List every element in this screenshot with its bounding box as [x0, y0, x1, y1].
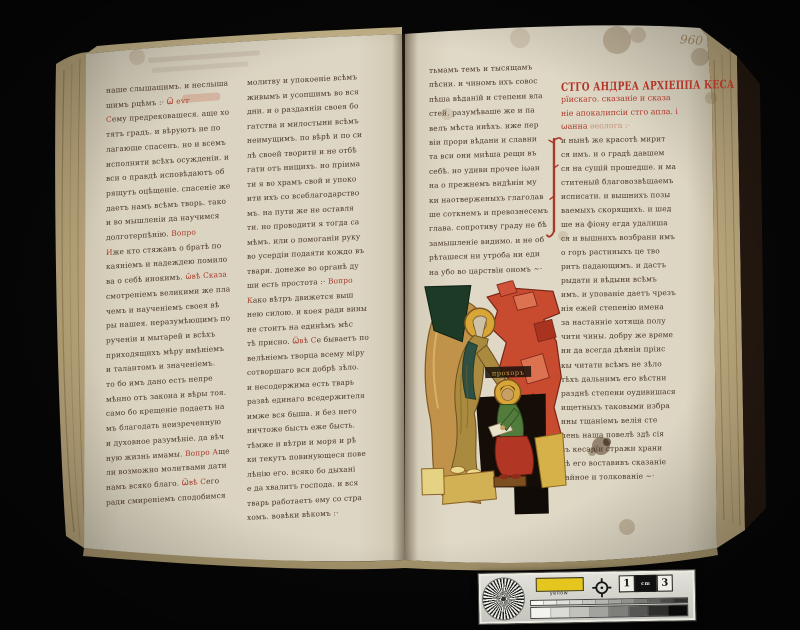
- grayscale-step: [590, 607, 610, 617]
- grayscale-step: [674, 598, 687, 602]
- ink-text-segment: замышленіе видимо. и не об: [429, 235, 544, 248]
- ink-text-segment: ако вѣтръ движется выш: [253, 290, 354, 304]
- ink-text-segment: глава. сопротиву граду не бѣ: [429, 220, 547, 233]
- ink-text-segment: ся на сущій прошедше. и ма: [561, 162, 676, 173]
- scale-unit-cm: cm: [635, 575, 657, 592]
- ink-text-segment: цѣ его воставивъ сказаніе: [561, 457, 666, 468]
- ink-text-segment: пѣсни. и чиномъ ихъ совос: [429, 77, 538, 90]
- grayscale-step: [557, 600, 570, 604]
- ink-text-segment: ститеный благовозвѣщаемъ: [561, 176, 674, 187]
- ink-text-segment: ся и вышнихъ возбрани имъ: [561, 232, 675, 243]
- ink-text-segment: сотворшаго вся добрѣ зѣло.: [247, 362, 359, 377]
- rubric-text-segment: ѿвѣ Сказа: [185, 270, 227, 282]
- grayscale-step: [661, 598, 674, 602]
- ink-text-segment: за настанніе хотяща полу: [561, 317, 666, 328]
- ink-text-segment: тѣ присно.: [247, 337, 292, 348]
- manuscript-text-line: ся и вышнихъ возбрани имъ: [561, 230, 694, 246]
- ink-text-segment: ки наотверженыхъ глаголав: [429, 192, 544, 205]
- rubric-text-segment: Вопро: [171, 228, 196, 239]
- ink-text-segment: чити чины. добру же време: [561, 330, 673, 341]
- ink-text-segment: его: [206, 476, 219, 486]
- ink-text-segment: ваемыхъ скорящихъ. и шед: [561, 204, 671, 215]
- grayscale-step: [622, 599, 635, 603]
- ink-text-segment: кы читати всѣмъ не зѣло: [561, 359, 662, 370]
- footstool: [494, 476, 526, 487]
- prochorus-face: [502, 388, 514, 400]
- red-rock-step: [534, 319, 557, 342]
- ink-text-segment: на о прежнемъ видѣніи му: [429, 177, 537, 190]
- ink-text-segment: себѣ. но удиви прочее іѡан: [429, 163, 540, 176]
- yellow-patch-label: yellow: [536, 590, 582, 597]
- ink-text-segment: ти. но проводити я тогда са: [247, 217, 359, 232]
- ink-text-segment: рѣташеся ни утроба ни еди: [429, 249, 540, 262]
- ink-text-segment: хомъ. вовѣки вѣкомъ :·: [247, 508, 339, 522]
- rubric-heading-line-3: ніе апокалипсіи стго апла. і: [561, 104, 694, 120]
- ink-text-segment: ити ихъ со всеблагодарство: [247, 188, 359, 203]
- manuscript-text-line: имъ. и упованіе даетъ чрезъ: [561, 286, 694, 302]
- ink-text-segment: шимъ рцѣмъ :·: [106, 97, 167, 110]
- ink-text-segment: та вси они мнѣша рещи въ: [429, 149, 537, 162]
- grayscale-step: [531, 608, 551, 618]
- grayscale-step: [531, 601, 544, 605]
- ink-text-segment: гати отъ нищихъ. но пріима: [247, 159, 360, 174]
- ink-text-segment: е да хвалитъ господа. и вся: [247, 478, 358, 493]
- ink-text-segment: ритъ падающимъ. и дастъ: [561, 260, 666, 271]
- grayscale-step: [596, 600, 609, 604]
- ink-text-segment: намъ всяко благо.: [106, 478, 182, 492]
- grayscale-step: [570, 607, 590, 617]
- ink-text-segment: неимущимъ. по вѣрѣ и по си: [247, 130, 362, 145]
- miniature-john-dictating-to-prochorus: прохоръ: [413, 279, 569, 533]
- ink-text-segment: на убо во царствіи ономъ ~·: [429, 264, 542, 277]
- ink-text-segment: ще: [218, 446, 230, 456]
- ink-text-segment: пѣша вѣданій и степени вла: [429, 91, 543, 104]
- calibration-card: yellow 1 cm 3: [478, 569, 697, 625]
- rubric-text-segment: Вопро А: [185, 447, 218, 458]
- manuscript-photo: наше слышащимъ. и неслышашимъ рцѣмъ :· Ѿ…: [0, 0, 800, 630]
- ink-text-segment: ни да всегда дѣяніи пріис: [561, 345, 665, 356]
- ink-text-segment: рыдати и вѣдыни всѣмъ: [561, 275, 657, 286]
- ink-text-segment: віи прори вѣдани и славни: [429, 134, 537, 147]
- prochorus-cloak: [495, 436, 534, 477]
- ink-text-segment: исписати. и вышнихъ позы: [561, 190, 670, 201]
- manuscript-text-line: разднѣ степени оудивишася: [561, 384, 694, 400]
- right-page-column-2-body: и нынѣ же красотѣ мирится имъ. и о градѣ…: [561, 131, 694, 484]
- grayscale-step: [648, 606, 668, 616]
- rubric-text-segment: Ѿвѣ С: [182, 477, 206, 487]
- grayscale-step: [629, 606, 649, 616]
- rubric-text-segment: Ѿвѣ С: [292, 335, 316, 345]
- ink-text-segment: долготерпѣнію.: [106, 229, 171, 242]
- side-stool: [422, 468, 445, 495]
- ink-text-segment: ше соткнемъ и превознесемъ: [429, 206, 548, 219]
- ornamental-drop-cap-initial: [546, 136, 562, 240]
- left-page-column-2: молитву и упокоеніе всѣмъживымъ и усопши…: [247, 69, 373, 525]
- grayscale-step: [668, 605, 688, 615]
- doorway: [514, 486, 549, 515]
- ink-text-segment: ва о себѣ инокимъ.: [106, 272, 185, 286]
- left-page-column-1: наше слышащимъ. и неслышашимъ рцѣмъ :· Ѿ…: [106, 76, 238, 510]
- crosshair-registration-icon: [592, 578, 612, 598]
- manuscript-text-line: ся на сущій прошедше. и ма: [561, 160, 694, 176]
- ink-text-segment: тайное и толкованіе ~·: [561, 471, 655, 482]
- john-foot: [451, 466, 465, 473]
- ink-text-segment: е бываетъ по: [317, 333, 369, 345]
- ink-text-segment: въ кесарїи стражи храни: [561, 443, 662, 454]
- grayscale-step: [609, 606, 629, 616]
- grayscale-step: [635, 599, 648, 603]
- ink-text-segment: и нынѣ же красотѣ мирит: [561, 134, 665, 145]
- ink-text-segment: ся имъ. и о градѣ давшем: [561, 148, 664, 159]
- grayscale-step: [648, 599, 661, 603]
- ink-text-segment: разднѣ степени оудивишася: [561, 387, 676, 398]
- scale-number-1: 1: [619, 575, 635, 592]
- ink-text-segment: ничтоже бысть еже бысть.: [247, 420, 355, 435]
- ink-text-segment: имъ. и упованіе даетъ чрезъ: [561, 288, 676, 299]
- prochorus-inscription: прохоръ: [492, 369, 525, 378]
- rubric-text-segment: Вопро: [328, 275, 353, 285]
- rubric-text-segment: И: [106, 247, 113, 256]
- rubric-text-segment: Ѿ еѵг: [167, 96, 190, 106]
- grayscale-step: [544, 601, 557, 605]
- grayscale-step: [609, 599, 622, 603]
- scale-number-3: 3: [657, 575, 673, 592]
- ink-text-segment: ше на фіону егда удалиша: [561, 218, 668, 229]
- rubric-heading-text: ѡанна: [561, 122, 590, 132]
- ink-text-segment: пень наша повелѣ здѣ сія: [561, 429, 664, 440]
- ink-text-segment: велъ мѣста инѣхъ. иже пер: [429, 120, 539, 133]
- ink-text-segment: нны тщаніемъ велія сте: [561, 415, 657, 426]
- pedestal: [442, 471, 497, 504]
- ink-text-segment: молитву и упокоеніе всѣмъ: [247, 72, 357, 87]
- starburst-target-icon: [482, 577, 526, 621]
- grayscale-step: [570, 600, 583, 604]
- ink-text-segment: ши есть простота :·: [247, 277, 328, 290]
- ink-text-segment: стей. разумѣваше же и па: [429, 106, 535, 119]
- right-page-column-2: СТГО АНДРЕА АРХІЕППА КЕСА рїискаго. сказ…: [561, 74, 694, 485]
- manuscript-text-line: тайное и толкованіе ~·: [561, 469, 694, 485]
- grayscale-step: [583, 600, 596, 604]
- faded-rubric-text: ѳеолога :·: [590, 121, 630, 131]
- ink-text-segment: ищетныхъ таковыми избра: [561, 401, 670, 412]
- grayscale-wedge-coarse: [530, 604, 688, 619]
- ink-text-segment: тѣхъ дальнимъ его вѣстни: [561, 373, 666, 384]
- ink-text-segment: ную жизнь имамы.: [106, 449, 185, 463]
- grayscale-step: [551, 607, 571, 617]
- ink-text-segment: нія ежей степенію имена: [561, 303, 664, 314]
- folio-number: 960: [680, 32, 704, 48]
- right-page-column-1: тьмамъ темъ и тысящамъпѣсни. и чиномъ их…: [429, 60, 555, 280]
- rubric-heading-line-1: СТГО АНДРЕА АРХІЕППА КЕСА: [561, 74, 694, 93]
- ink-text-segment: о горъ растиныхъ це тво: [561, 246, 660, 257]
- cm-scale-bar: 1 cm 3: [619, 575, 673, 593]
- ink-text-segment: дни. и о раздаяніи своея бо: [247, 101, 359, 116]
- ink-text-segment: тьмамъ темъ и тысящамъ: [429, 62, 532, 75]
